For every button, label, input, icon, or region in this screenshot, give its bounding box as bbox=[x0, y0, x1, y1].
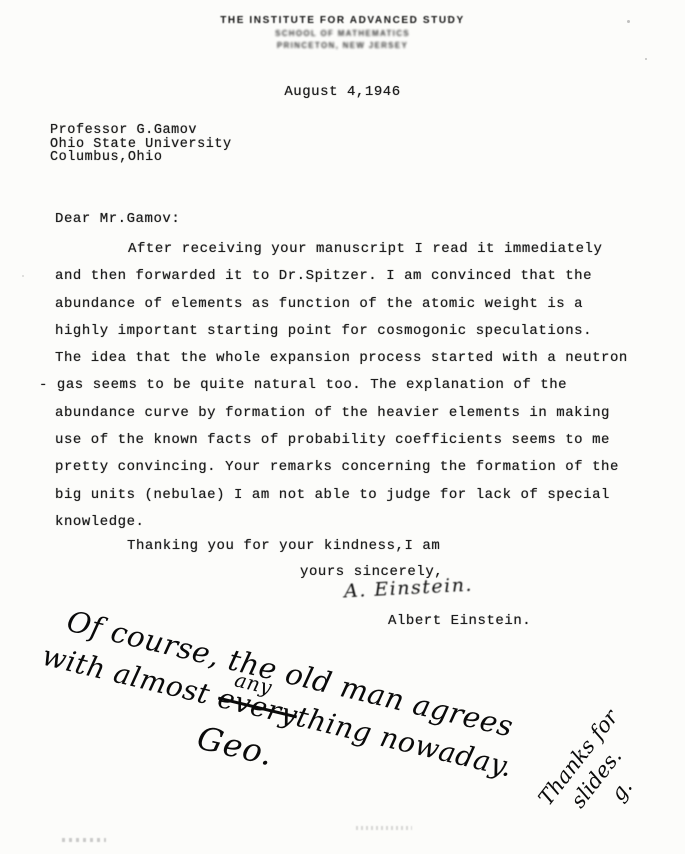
body-line: The idea that the whole expansion proces… bbox=[55, 350, 660, 377]
letterhead-location-line: PRINCETON, NEW JERSEY bbox=[0, 41, 685, 50]
body-line: use of the known facts of probability co… bbox=[55, 432, 660, 459]
salutation: Dear Mr.Gamov: bbox=[55, 211, 180, 227]
gamow-handwritten-annotation: Of course, the old man agrees with almos… bbox=[28, 600, 639, 854]
letter-body: After receiving your manuscript I read i… bbox=[55, 241, 660, 541]
letterhead: THE INSTITUTE FOR ADVANCED STUDY SCHOOL … bbox=[0, 15, 685, 50]
body-line: pretty convincing. Your remarks concerni… bbox=[55, 459, 660, 486]
body-line: big units (nebulae) I am not able to jud… bbox=[55, 487, 660, 514]
scan-smudge-bottom-center bbox=[356, 826, 412, 830]
ink-speck bbox=[645, 58, 647, 60]
recipient-city: Columbus,Ohio bbox=[50, 151, 232, 165]
body-line: and then forwarded it to Dr.Spitzer. I a… bbox=[55, 268, 660, 295]
body-line: - gas seems to be quite natural too. The… bbox=[39, 377, 660, 404]
ink-speck bbox=[627, 20, 630, 23]
scanned-letter-page: THE INSTITUTE FOR ADVANCED STUDY SCHOOL … bbox=[0, 0, 685, 854]
ink-speck bbox=[22, 275, 24, 277]
body-line: abundance curve by formation of the heav… bbox=[55, 405, 660, 432]
recipient-name: Professor G.Gamov bbox=[50, 124, 232, 138]
letterhead-school-line: SCHOOL OF MATHEMATICS bbox=[0, 29, 685, 38]
typed-signature-name: Albert Einstein. bbox=[388, 613, 531, 629]
body-line: highly important starting point for cosm… bbox=[55, 323, 660, 350]
body-line: abundance of elements as function of the… bbox=[55, 296, 660, 323]
letterhead-institute-name: THE INSTITUTE FOR ADVANCED STUDY bbox=[0, 15, 685, 26]
letter-date: August 4,1946 bbox=[0, 84, 685, 100]
recipient-address: Professor G.Gamov Ohio State University … bbox=[50, 124, 232, 165]
body-line: After receiving your manuscript I read i… bbox=[55, 241, 660, 268]
scan-smudge-bottom-left bbox=[62, 838, 106, 842]
ink-speck bbox=[447, 16, 449, 18]
closing-thanking-line: Thanking you for your kindness,I am bbox=[127, 538, 440, 554]
